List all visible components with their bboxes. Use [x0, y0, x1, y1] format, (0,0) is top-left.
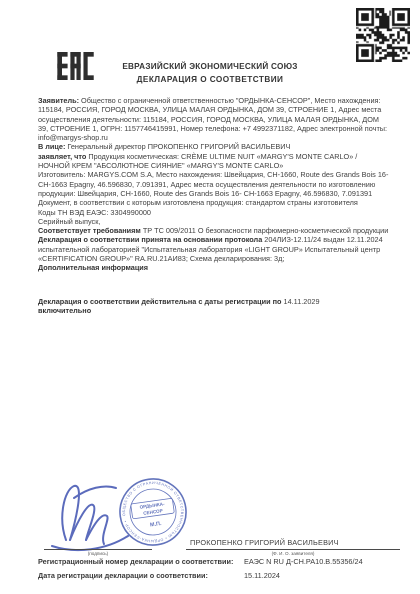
applicant-paragraph: Заявитель:Общество с ограниченной ответс…	[38, 96, 391, 142]
name-rule	[186, 549, 400, 550]
signature-rule	[44, 549, 152, 550]
applicant-label: Заявитель:	[38, 96, 79, 105]
additional-info-paragraph: Дополнительная информация	[38, 263, 391, 272]
document-body: Заявитель:Общество с ограниченной ответс…	[38, 96, 391, 315]
serial-text: Серийный выпуск,	[38, 217, 100, 226]
qr-code	[356, 8, 410, 62]
basis-paragraph: Декларация о соответствии принята на осн…	[38, 235, 391, 263]
declarant-name: ПРОКОПЕНКО ГРИГОРИЙ ВАСИЛЬЕВИЧ	[190, 538, 339, 547]
representative-paragraph: В лице:Генеральный директор ПРОКОПЕНКО Г…	[38, 142, 391, 151]
signature-caption: (подпись)	[44, 551, 152, 556]
company-stamp: ОБЩЕСТВО С ОГРАНИЧЕННОЙ ОТВЕТСТВЕННОСТЬЮ…	[117, 476, 189, 548]
document-title: ДЕКЛАРАЦИЯ О СООТВЕТСТВИИ	[0, 75, 420, 84]
compliance-text: ТР ТС 009/2011 О безопасности парфюмерно…	[143, 226, 389, 235]
registration-number-label: Регистрационный номер декларации о соотв…	[38, 557, 244, 566]
registration-date-label: Дата регистрации декларации о соответств…	[38, 571, 244, 580]
standard-text: Документ, в соответствии с которым изгот…	[38, 198, 358, 207]
declaration-document: ЕВРАЗИЙСКИЙ ЭКОНОМИЧЕСКИЙ СОЮЗ ДЕКЛАРАЦИ…	[0, 0, 420, 594]
standard-paragraph: Документ, в соответствии с которым изгот…	[38, 198, 391, 207]
union-title: ЕВРАЗИЙСКИЙ ЭКОНОМИЧЕСКИЙ СОЮЗ	[0, 62, 420, 71]
serial-paragraph: Серийный выпуск,	[38, 217, 391, 226]
declares-label: заявляет, что	[38, 152, 86, 161]
registration-block: Регистрационный номер декларации о соотв…	[38, 557, 402, 584]
stamp-mp-text: М.П.	[150, 521, 163, 529]
codes-paragraph: Коды ТН ВЭД ЕАЭС: 3304990000	[38, 208, 391, 217]
representative-text: Генеральный директор ПРОКОПЕНКО ГРИГОРИЙ…	[67, 142, 290, 151]
compliance-label: Соответствует требованиям	[38, 226, 141, 235]
representative-label: В лице:	[38, 142, 65, 151]
registration-date-value: 15.11.2024	[244, 571, 280, 580]
product-paragraph: заявляет, чтоПродукция косметическая: CR…	[38, 152, 391, 171]
registration-date-row: Дата регистрации декларации о соответств…	[38, 571, 402, 580]
basis-label: Декларация о соответствии принята на осн…	[38, 235, 262, 244]
document-header: ЕВРАЗИЙСКИЙ ЭКОНОМИЧЕСКИЙ СОЮЗ ДЕКЛАРАЦИ…	[0, 62, 420, 84]
validity-date: 14.11.2029	[284, 297, 320, 306]
name-caption: (Ф. И. О. заявителя)	[186, 551, 400, 556]
manufacturer-paragraph: Изготовитель: MARGYS.COM S.A, Место нахо…	[38, 170, 391, 198]
applicant-text: Общество с ограниченной ответственностью…	[38, 96, 387, 142]
registration-number-row: Регистрационный номер декларации о соотв…	[38, 557, 402, 566]
validity-suffix: включительно	[38, 306, 91, 315]
registration-number-value: ЕАЭС N RU Д-CH.РА10.В.55356/24	[244, 557, 363, 566]
codes-text: Коды ТН ВЭД ЕАЭС: 3304990000	[38, 208, 151, 217]
validity-label: Декларация о соответствии действительна …	[38, 297, 282, 306]
manufacturer-text: Изготовитель: MARGYS.COM S.A, Место нахо…	[38, 170, 388, 198]
compliance-paragraph: Соответствует требованиямТР ТС 009/2011 …	[38, 226, 391, 235]
additional-info-label: Дополнительная информация	[38, 263, 148, 272]
validity-paragraph: Декларация о соответствии действительна …	[38, 297, 391, 316]
